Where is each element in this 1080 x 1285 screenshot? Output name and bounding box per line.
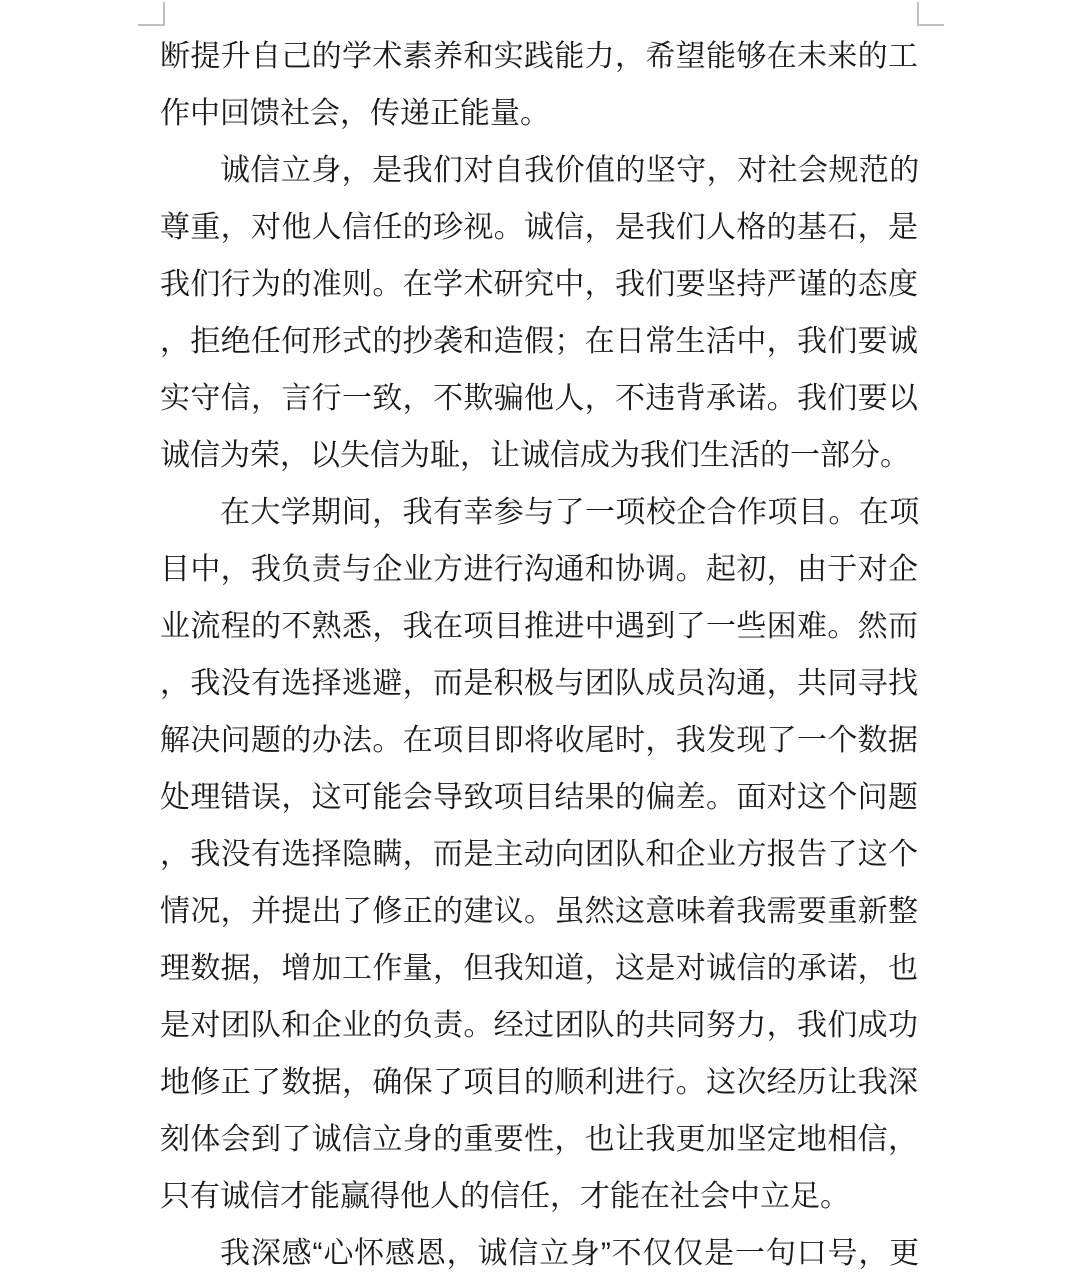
text-line: 在大学期间，我有幸参与了一项校企合作项目。在项 bbox=[160, 484, 918, 541]
text-line: ，拒绝任何形式的抄袭和造假；在日常生活中，我们要诚 bbox=[160, 313, 918, 370]
document-page: 断提升自己的学术素养和实践能力，希望能够在未来的工作中回馈社会，传递正能量。诚信… bbox=[0, 0, 1080, 1285]
text-line: 情况，并提出了修正的建议。虽然这意味着我需要重新整 bbox=[160, 883, 918, 940]
text-line: 断提升自己的学术素养和实践能力，希望能够在未来的工 bbox=[160, 28, 918, 85]
text-line: 作中回馈社会，传递正能量。 bbox=[160, 85, 918, 142]
text-line: 实守信，言行一致，不欺骗他人，不违背承诺。我们要以 bbox=[160, 370, 918, 427]
text-line: 刻体会到了诚信立身的重要性，也让我更加坚定地相信， bbox=[160, 1111, 918, 1168]
text-line: 地修正了数据，确保了项目的顺利进行。这次经历让我深 bbox=[160, 1054, 918, 1111]
document-body: 断提升自己的学术素养和实践能力，希望能够在未来的工作中回馈社会，传递正能量。诚信… bbox=[160, 28, 918, 1282]
text-line: 诚信立身，是我们对自我价值的坚守，对社会规范的 bbox=[160, 142, 918, 199]
text-line: 我们行为的准则。在学术研究中，我们要坚持严谨的态度 bbox=[160, 256, 918, 313]
text-line: ，我没有选择隐瞒，而是主动向团队和企业方报告了这个 bbox=[160, 826, 918, 883]
text-boundary-mark-top-right-icon bbox=[917, 2, 944, 26]
text-line: 是对团队和企业的负责。经过团队的共同努力，我们成功 bbox=[160, 997, 918, 1054]
text-line: 业流程的不熟悉，我在项目推进中遇到了一些困难。然而 bbox=[160, 598, 918, 655]
text-line: 处理错误，这可能会导致项目结果的偏差。面对这个问题 bbox=[160, 769, 918, 826]
text-line: 尊重，对他人信任的珍视。诚信，是我们人格的基石，是 bbox=[160, 199, 918, 256]
text-line: 我深感“心怀感恩，诚信立身”不仅仅是一句口号，更 bbox=[160, 1225, 918, 1282]
text-line: 只有诚信才能赢得他人的信任，才能在社会中立足。 bbox=[160, 1168, 918, 1225]
text-line: 解决问题的办法。在项目即将收尾时，我发现了一个数据 bbox=[160, 712, 918, 769]
text-line: 目中，我负责与企业方进行沟通和协调。起初，由于对企 bbox=[160, 541, 918, 598]
text-line: ，我没有选择逃避，而是积极与团队成员沟通，共同寻找 bbox=[160, 655, 918, 712]
text-boundary-mark-top-left-icon bbox=[138, 2, 165, 26]
text-line: 理数据，增加工作量，但我知道，这是对诚信的承诺，也 bbox=[160, 940, 918, 997]
text-line: 诚信为荣，以失信为耻，让诚信成为我们生活的一部分。 bbox=[160, 427, 918, 484]
